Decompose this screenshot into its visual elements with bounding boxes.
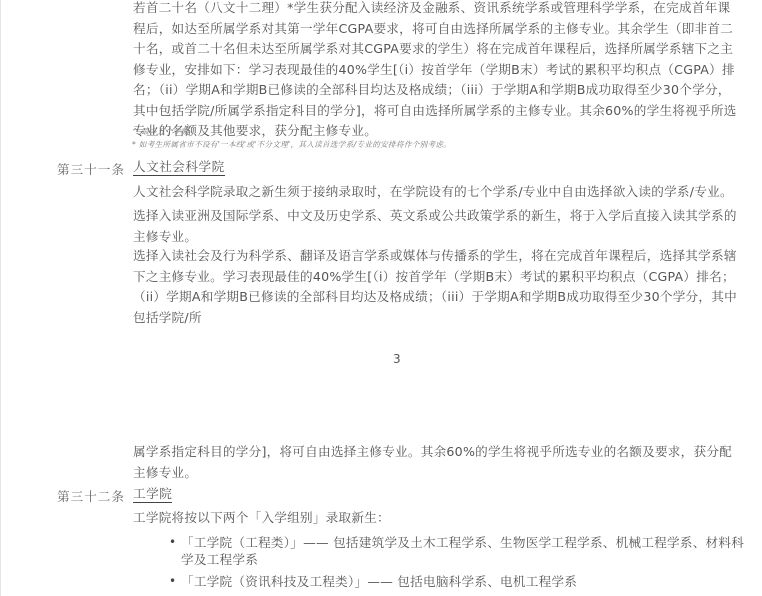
footnote-quota: ^ 最多五个学额: [132, 126, 189, 137]
article-31-paragraph-1: 人文社会科学院录取之新生须于接纳录取时，在学院设有的七个学系/专业中自由选择欲入…: [133, 182, 741, 203]
article-31-paragraph-3-continued: 属学系指定科目的学分]，将可自由选择主修专业。其余60%的学生将视乎所选专业的名…: [133, 442, 741, 483]
list-item-text: 「工学院（工程类）」—— 包括建筑学及土木工程学系、生物医学工程学系、机械工程学…: [181, 535, 744, 567]
article-31-title: 人文社会科学院: [133, 159, 225, 176]
bullet-icon: •: [169, 534, 176, 551]
footnote-province: * 如考生所属省市不设有'一本线'或'不分文理'，其入读首选学系/专业的安排将作…: [132, 139, 451, 150]
article-32-number: 第三十二条: [57, 486, 125, 505]
list-item-it-engineering: • 「工学院（资讯科技及工程类）」—— 包括电脑科学系、电机工程学系: [169, 573, 756, 590]
page-number: 3: [393, 352, 401, 366]
article-32-intro: 工学院将按以下两个「入学组别」录取新生：: [133, 508, 741, 529]
bullet-icon: •: [169, 573, 176, 590]
article-31-number: 第三十一条: [57, 159, 125, 178]
paragraph-continued: 若首二十名（八文十二理）*学生获分配入读经济及金融系、资讯系统学系或管理科学学系…: [133, 0, 741, 142]
article-31-paragraph-2: 选择入读亚洲及国际学系、中文及历史学系、英文系或公共政策学系的新生，将于入学后直…: [133, 206, 741, 247]
document-page: 若首二十名（八文十二理）*学生获分配入读经济及金融系、资讯系统学系或管理科学学系…: [0, 0, 762, 596]
article-31-paragraph-3: 选择入读社会及行为科学系、翻译及语言学系或媒体与传播系的学生，将在完成首年课程后…: [133, 246, 741, 328]
list-item-engineering: • 「工学院（工程类）」—— 包括建筑学及土木工程学系、生物医学工程学系、机械工…: [169, 534, 756, 568]
list-item-text: 「工学院（资讯科技及工程类）」—— 包括电脑科学系、电机工程学系: [181, 574, 577, 589]
article-32-title: 工学院: [133, 486, 172, 503]
